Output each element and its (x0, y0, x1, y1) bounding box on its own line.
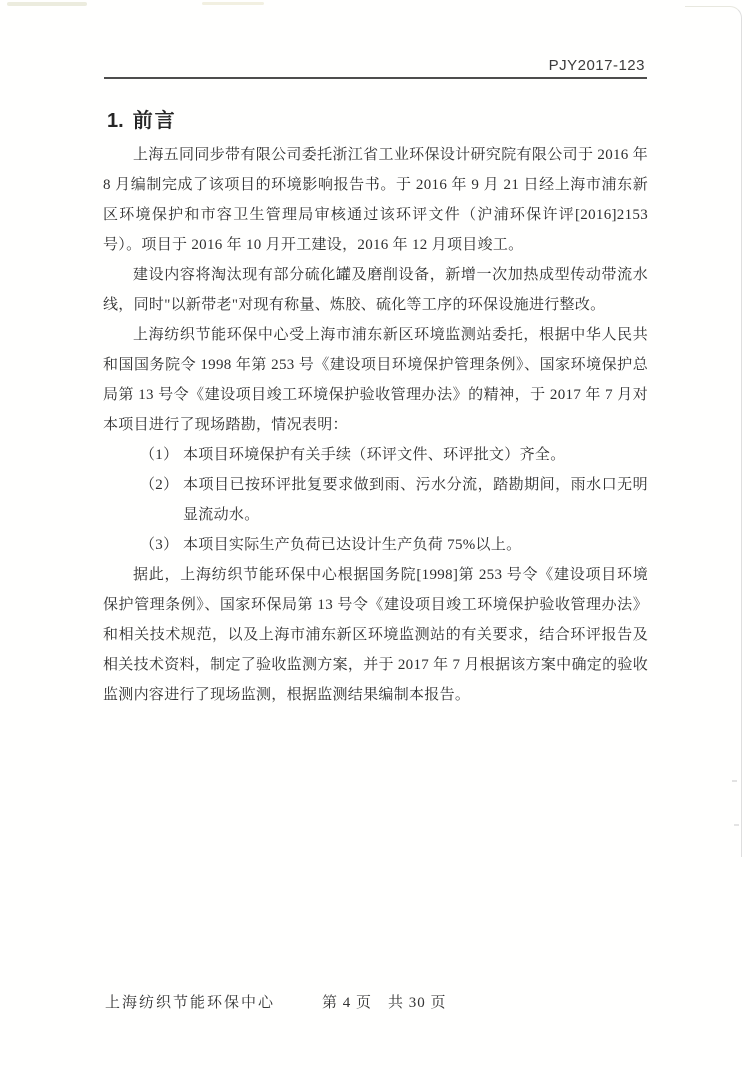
findings-list: （1） 本项目环境保护有关手续（环评文件、环评批文）齐全。 （2） 本项目已按环… (103, 440, 648, 560)
header-rule (104, 77, 647, 79)
paragraph-1: 上海五同同步带有限公司委托浙江省工业环保设计研究院有限公司于 2016 年 8 … (103, 140, 648, 260)
section-number: 1. (107, 110, 124, 132)
scan-smudge (202, 2, 264, 5)
scan-speck (734, 824, 739, 826)
scan-smudge (7, 2, 87, 6)
footer-org: 上海纺织节能环保中心 (105, 991, 275, 1012)
list-item-marker: （2） (140, 470, 178, 500)
paragraph-2: 建设内容将淘汰现有部分硫化罐及磨削设备，新增一次加热成型传动带流水线，同时"以新… (103, 260, 648, 320)
section-title: 1.前言 (107, 104, 177, 133)
list-item-text: 本项目已按环评批复要求做到雨、污水分流，踏勘期间，雨水口无明显流动水。 (183, 477, 648, 523)
list-item: （2） 本项目已按环评批复要求做到雨、污水分流，踏勘期间，雨水口无明显流动水。 (103, 470, 648, 530)
paragraph-3: 上海纺织节能环保中心受上海市浦东新区环境监测站委托，根据中华人民共和国国务院令 … (103, 320, 648, 440)
document-body: 上海五同同步带有限公司委托浙江省工业环保设计研究院有限公司于 2016 年 8 … (103, 140, 648, 710)
scan-speck (732, 780, 737, 782)
paragraph-closing: 据此，上海纺织节能环保中心根据国务院[1998]第 253 号令《建设项目环境保… (103, 560, 648, 710)
list-item-marker: （1） (140, 440, 178, 470)
list-item: （1） 本项目环境保护有关手续（环评文件、环评批文）齐全。 (103, 440, 648, 470)
document-page: PJY2017-123 1.前言 上海五同同步带有限公司委托浙江省工业环保设计研… (0, 0, 750, 1070)
footer-page-info: 第 4 页 共 30 页 (322, 991, 447, 1012)
scanned-page-edge (685, 6, 742, 857)
list-item: （3） 本项目实际生产负荷已达设计生产负荷 75%以上。 (103, 530, 648, 560)
list-item-text: 本项目实际生产负荷已达设计生产负荷 75%以上。 (183, 537, 521, 553)
list-item-marker: （3） (140, 530, 178, 560)
list-item-text: 本项目环境保护有关手续（环评文件、环评批文）齐全。 (183, 447, 566, 463)
section-title-text: 前言 (133, 110, 177, 132)
doc-number: PJY2017-123 (549, 57, 645, 74)
